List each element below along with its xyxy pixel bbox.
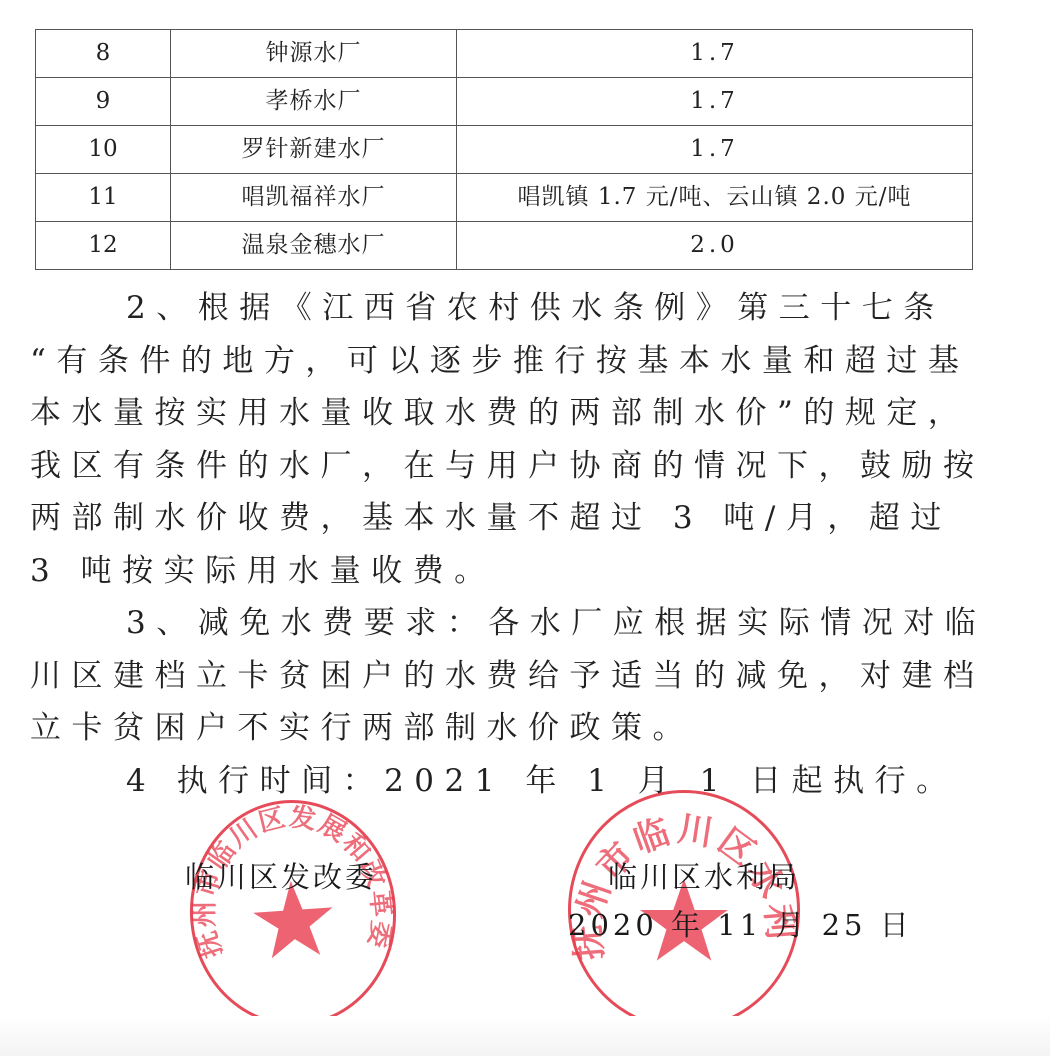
paragraph-effective-date: 4 执行时间：2021 年 1 月 1 日起执行。: [30, 755, 990, 808]
table-row: 9 孝桥水厂 1.7: [36, 78, 973, 126]
paragraph-fee-reduction: 3、减免水费要求：各水厂应根据实际情况对临川区建档立卡贫困户的水费给予适当的减免…: [30, 597, 990, 755]
signature-water-resources-bureau: 临川区水利局: [608, 855, 800, 896]
table-row: 12 温泉金穗水厂 2.0: [36, 222, 973, 270]
plant-name: 温泉金穗水厂: [171, 222, 457, 270]
paragraph-two-part-pricing: 2、根据《江西省农村供水条例》第三十七条 “有条件的地方，可以逐步推行按基本水量…: [30, 282, 990, 597]
document-body: 2、根据《江西省农村供水条例》第三十七条 “有条件的地方，可以逐步推行按基本水量…: [30, 282, 990, 807]
row-number: 8: [36, 30, 171, 78]
water-price: 唱凯镇 1.7 元/吨、云山镇 2.0 元/吨: [457, 174, 973, 222]
plant-name: 钟源水厂: [171, 30, 457, 78]
row-number: 10: [36, 126, 171, 174]
water-price: 2.0: [457, 222, 973, 270]
plant-name: 孝桥水厂: [171, 78, 457, 126]
plant-name: 罗针新建水厂: [171, 126, 457, 174]
plant-name: 唱凯福祥水厂: [171, 174, 457, 222]
table-row: 10 罗针新建水厂 1.7: [36, 126, 973, 174]
row-number: 11: [36, 174, 171, 222]
water-price: 1.7: [457, 126, 973, 174]
official-seal-development-reform: 抚州市临川区发展和改革委员会: [182, 793, 403, 1033]
signature-development-reform-commission: 临川区发改委: [185, 855, 377, 896]
row-number: 9: [36, 78, 171, 126]
seal-star-icon: 抚州市临川区发展和改革委员会: [186, 796, 401, 1029]
signature-date: 2020 年 11 月 25 日: [568, 903, 913, 944]
water-price: 1.7: [457, 30, 973, 78]
row-number: 12: [36, 222, 171, 270]
page-bottom-edge: [0, 1016, 1050, 1056]
water-price: 1.7: [457, 78, 973, 126]
table-row: 8 钟源水厂 1.7: [36, 30, 973, 78]
water-price-table: 8 钟源水厂 1.7 9 孝桥水厂 1.7 10 罗针新建水厂 1.7 11 唱…: [35, 29, 973, 270]
table-row: 11 唱凯福祥水厂 唱凯镇 1.7 元/吨、云山镇 2.0 元/吨: [36, 174, 973, 222]
